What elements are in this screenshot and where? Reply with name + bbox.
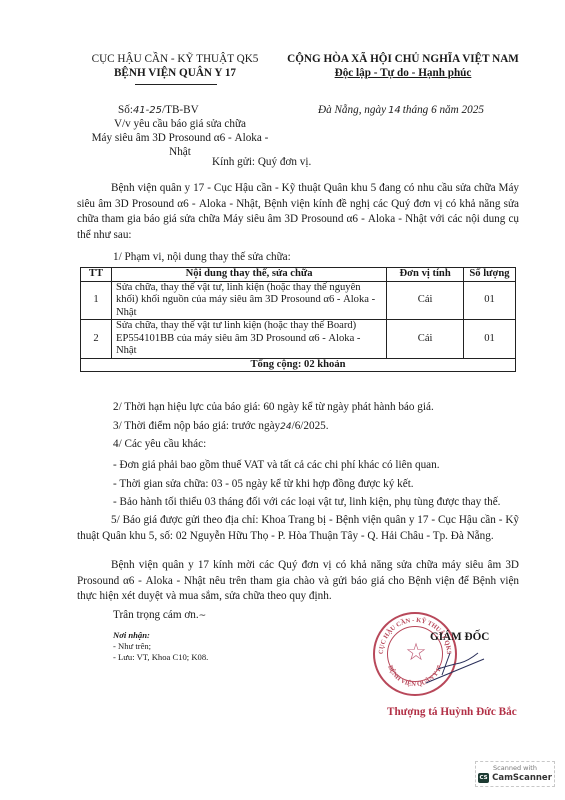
subject: V/v yêu cầu báo giá sửa chữa Máy siêu âm… bbox=[80, 117, 280, 159]
header-tt: TT bbox=[81, 268, 112, 282]
initials-signature: ~ bbox=[199, 611, 207, 621]
cell-unit: Cái bbox=[387, 320, 464, 359]
table-row: 1 Sửa chữa, thay thế vật tư, linh kiện (… bbox=[81, 281, 516, 320]
requirements-list: - Đơn giá phải bao gồm thuế VAT và tất c… bbox=[113, 456, 500, 512]
unit-name: BỆNH VIỆN QUÂN Y 17 bbox=[70, 66, 280, 80]
watermark-brand: CamScanner bbox=[492, 773, 552, 783]
section-3-suffix: /6/2025. bbox=[292, 420, 329, 432]
number-handwritten: 41-25 bbox=[133, 105, 162, 116]
motto: Độc lập - Tự do - Hạnh phúc bbox=[268, 66, 538, 80]
table-total-row: Tổng cộng: 02 khoản bbox=[81, 358, 516, 372]
camscanner-logo-icon: CS bbox=[478, 773, 489, 783]
section-4-title: 4/ Các yêu cầu khác: bbox=[113, 437, 206, 451]
number-prefix: Số: bbox=[118, 104, 133, 116]
invitation-paragraph: Bệnh viện quân y 17 kính mời các Quý đơn… bbox=[77, 558, 519, 605]
cell-tt: 2 bbox=[81, 320, 112, 359]
date-suffix: tháng 6 năm 2025 bbox=[403, 104, 484, 116]
watermark-caption: Scanned with bbox=[476, 764, 554, 773]
signature-scribble bbox=[420, 645, 490, 685]
national-title: CỘNG HÒA XÃ HỘI CHỦ NGHĨA VIỆT NAM bbox=[268, 52, 538, 66]
signer-position: GIÁM ĐỐC bbox=[430, 630, 489, 644]
number-suffix: /TB-BV bbox=[162, 104, 199, 116]
header-content: Nội dung thay thế, sửa chữa bbox=[111, 268, 386, 282]
date-prefix: Đà Nẵng, ngày bbox=[318, 104, 386, 116]
date-line: Đà Nẵng, ngày14tháng 6 năm 2025 bbox=[318, 103, 484, 118]
cell-content: Sửa chữa, thay thế vật tư, linh kiện (ho… bbox=[111, 281, 386, 320]
closing: Trân trọng cám ơn.~ bbox=[113, 608, 206, 623]
requirement-item: - Bảo hành tối thiểu 03 tháng đối với cá… bbox=[113, 493, 500, 512]
unit-underline bbox=[135, 84, 217, 85]
recipient-item: - Lưu: VT, Khoa C10; K08. bbox=[113, 652, 208, 663]
signer-name: Thượng tá Huỳnh Đức Bắc bbox=[387, 705, 517, 719]
recipients: Nơi nhận: - Như trên; - Lưu: VT, Khoa C1… bbox=[113, 630, 208, 663]
header-unit: Đơn vị tính bbox=[387, 268, 464, 282]
header-left: CỤC HẬU CẦN - KỸ THUẬT QK5 BỆNH VIỆN QUÂ… bbox=[70, 52, 280, 80]
section-1-title: 1/ Phạm vi, nội dung thay thế sửa chữa: bbox=[113, 250, 291, 264]
cell-qty: 01 bbox=[464, 281, 516, 320]
section-3-prefix: 3/ Thời điểm nộp báo giá: trước ngày bbox=[113, 420, 280, 432]
header-qty: Số lượng bbox=[464, 268, 516, 282]
intro-paragraph: Bệnh viện quân y 17 - Cục Hậu cần - Kỹ t… bbox=[77, 181, 519, 243]
cell-tt: 1 bbox=[81, 281, 112, 320]
section-2: 2/ Thời hạn hiệu lực của báo giá: 60 ngà… bbox=[113, 400, 434, 414]
cell-content: Sửa chữa, thay thế vật tư linh kiện (hoặ… bbox=[111, 320, 386, 359]
cell-qty: 01 bbox=[464, 320, 516, 359]
requirement-item: - Thời gian sửa chữa: 03 - 05 ngày kể từ… bbox=[113, 475, 500, 494]
date-day-handwritten: 14 bbox=[388, 105, 401, 116]
scope-table: TT Nội dung thay thế, sửa chữa Đơn vị tí… bbox=[80, 267, 516, 372]
subject-line-1: V/v yêu cầu báo giá sửa chữa bbox=[80, 117, 280, 131]
agency-name: CỤC HẬU CẦN - KỸ THUẬT QK5 bbox=[70, 52, 280, 66]
section-3: 3/ Thời điểm nộp báo giá: trước ngày24/6… bbox=[113, 419, 329, 434]
table-header-row: TT Nội dung thay thế, sửa chữa Đơn vị tí… bbox=[81, 268, 516, 282]
salutation: Kính gửi: Quý đơn vị. bbox=[212, 155, 311, 169]
recipient-item: - Như trên; bbox=[113, 641, 208, 652]
requirement-item: - Đơn giá phải bao gồm thuế VAT và tất c… bbox=[113, 456, 500, 475]
cell-unit: Cái bbox=[387, 281, 464, 320]
document-number: Số:41-25/TB-BV bbox=[118, 103, 199, 118]
recipients-title: Nơi nhận: bbox=[113, 630, 208, 641]
section-5: 5/ Báo giá được gửi theo địa chỉ: Khoa T… bbox=[77, 513, 519, 544]
camscanner-watermark: Scanned with CS CamScanner bbox=[475, 761, 555, 787]
closing-text: Trân trọng cám ơn. bbox=[113, 609, 199, 621]
section-3-day-handwritten: 24 bbox=[280, 422, 291, 432]
table-row: 2 Sửa chữa, thay thế vật tư linh kiện (h… bbox=[81, 320, 516, 359]
cell-total: Tổng cộng: 02 khoản bbox=[81, 358, 516, 372]
